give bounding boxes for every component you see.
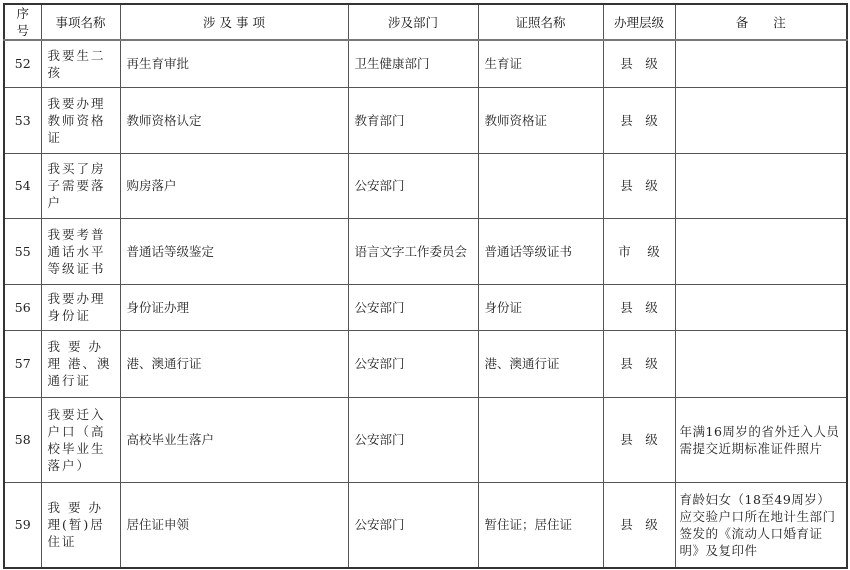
header-level: 办理层级: [603, 4, 675, 40]
cell-level: 县 级: [603, 397, 675, 482]
header-dept: 涉及部门: [348, 4, 478, 40]
cell-level: 县 级: [603, 482, 675, 568]
cell-dept: 公安部门: [348, 284, 478, 330]
cell-note: [675, 330, 847, 397]
cell-dept: 公安部门: [348, 397, 478, 482]
header-name: 事项名称: [41, 4, 120, 40]
cell-item: 高校毕业生落户: [120, 397, 348, 482]
cell-cert: [478, 153, 603, 218]
header-no: 序号: [4, 4, 41, 40]
header-cert: 证照名称: [478, 4, 603, 40]
header-item: 涉 及 事 项: [120, 4, 348, 40]
cell-level: 县 级: [603, 40, 675, 87]
cell-name: 我买了房子需要落户: [41, 153, 120, 218]
cell-cert: 暂住证；居住证: [478, 482, 603, 568]
cell-level: 县 级: [603, 330, 675, 397]
cell-item: 再生育审批: [120, 40, 348, 87]
cell-name: 我要生二孩: [41, 40, 120, 87]
cell-note: [675, 218, 847, 284]
cell-item: 教师资格认定: [120, 87, 348, 153]
cell-dept: 卫生健康部门: [348, 40, 478, 87]
cell-no: 58: [4, 397, 41, 482]
cell-note: 年满16周岁的省外迁入人员需提交近期标准证件照片: [675, 397, 847, 482]
cell-note: 育龄妇女（18至49周岁）应交验户口所在地计生部门签发的《流动人口婚育证明》及复…: [675, 482, 847, 568]
cell-no: 55: [4, 218, 41, 284]
cell-no: 56: [4, 284, 41, 330]
services-table: 序号 事项名称 涉 及 事 项 涉及部门 证照名称 办理层级 备 注 52 我要…: [3, 3, 848, 569]
cell-note: [675, 40, 847, 87]
cell-note: [675, 284, 847, 330]
cell-no: 52: [4, 40, 41, 87]
cell-cert: 生育证: [478, 40, 603, 87]
cell-level: 县 级: [603, 284, 675, 330]
cell-item: 港、澳通行证: [120, 330, 348, 397]
cell-no: 54: [4, 153, 41, 218]
cell-item: 普通话等级鉴定: [120, 218, 348, 284]
cell-level: 市 级: [603, 218, 675, 284]
cell-dept: 公安部门: [348, 330, 478, 397]
table-row: 57 我 要 办 理 港、澳通行证 港、澳通行证 公安部门 港、澳通行证 县 级: [4, 330, 847, 397]
cell-name: 我 要 办 理(暂)居住证: [41, 482, 120, 568]
cell-item: 购房落户: [120, 153, 348, 218]
cell-no: 57: [4, 330, 41, 397]
cell-note: [675, 153, 847, 218]
cell-name: 我要迁入户口（高校毕业生落户）: [41, 397, 120, 482]
cell-note: [675, 87, 847, 153]
table-row: 53 我要办理教师资格证 教师资格认定 教育部门 教师资格证 县 级: [4, 87, 847, 153]
table-row: 59 我 要 办 理(暂)居住证 居住证申领 公安部门 暂住证；居住证 县 级 …: [4, 482, 847, 568]
cell-no: 53: [4, 87, 41, 153]
table-row: 52 我要生二孩 再生育审批 卫生健康部门 生育证 县 级: [4, 40, 847, 87]
cell-item: 身份证办理: [120, 284, 348, 330]
cell-name: 我要办理身份证: [41, 284, 120, 330]
table-row: 56 我要办理身份证 身份证办理 公安部门 身份证 县 级: [4, 284, 847, 330]
cell-cert: [478, 397, 603, 482]
table-row: 54 我买了房子需要落户 购房落户 公安部门 县 级: [4, 153, 847, 218]
cell-dept: 教育部门: [348, 87, 478, 153]
cell-dept: 公安部门: [348, 482, 478, 568]
header-note: 备 注: [675, 4, 847, 40]
cell-cert: 教师资格证: [478, 87, 603, 153]
cell-name: 我要考普通话水平等级证书: [41, 218, 120, 284]
cell-level: 县 级: [603, 87, 675, 153]
cell-name: 我 要 办 理 港、澳通行证: [41, 330, 120, 397]
cell-cert: 港、澳通行证: [478, 330, 603, 397]
cell-name: 我要办理教师资格证: [41, 87, 120, 153]
cell-cert: 普通话等级证书: [478, 218, 603, 284]
cell-dept: 公安部门: [348, 153, 478, 218]
cell-level: 县 级: [603, 153, 675, 218]
table-row: 55 我要考普通话水平等级证书 普通话等级鉴定 语言文字工作委员会 普通话等级证…: [4, 218, 847, 284]
header-row: 序号 事项名称 涉 及 事 项 涉及部门 证照名称 办理层级 备 注: [4, 4, 847, 40]
cell-dept: 语言文字工作委员会: [348, 218, 478, 284]
cell-cert: 身份证: [478, 284, 603, 330]
cell-no: 59: [4, 482, 41, 568]
cell-item: 居住证申领: [120, 482, 348, 568]
table-row: 58 我要迁入户口（高校毕业生落户） 高校毕业生落户 公安部门 县 级 年满16…: [4, 397, 847, 482]
